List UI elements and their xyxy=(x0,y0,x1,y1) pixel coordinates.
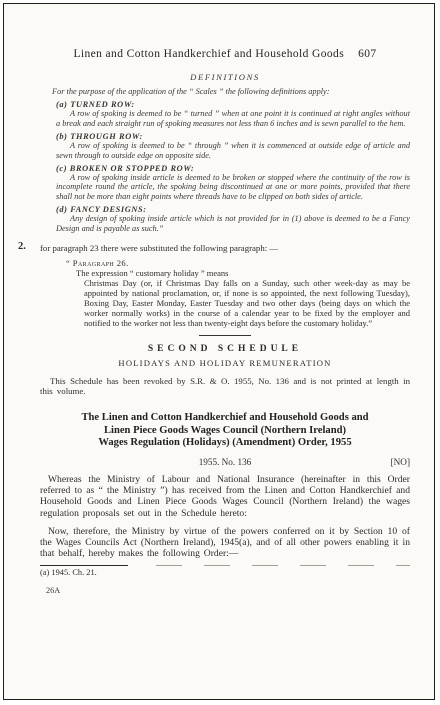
printer-signature-mark: 26A xyxy=(46,586,410,595)
order-margin-note: [NO] xyxy=(391,457,410,467)
definition-item-through-row: (b) THROUGH ROW: A row of spoking is dee… xyxy=(56,132,410,161)
definitions-section: DEFINITIONS For the purpose of the appli… xyxy=(40,72,410,234)
order-title-line3: Wages Regulation (Holidays) (Amendment) … xyxy=(40,437,410,450)
definition-body: A row of spoking is deemed to be “ throu… xyxy=(56,141,410,161)
amendment-clause: 2. for paragraph 23 there were substitut… xyxy=(40,243,410,328)
definition-item-turned-row: (a) TURNED ROW: A row of spoking is deem… xyxy=(56,100,410,129)
order-title: The Linen and Cotton Handkerchief and Ho… xyxy=(40,412,410,450)
definition-body: A row of spoking inside article is deeme… xyxy=(56,173,410,203)
definition-label: (b) THROUGH ROW: xyxy=(56,132,410,141)
schedule-heading: SECOND SCHEDULE xyxy=(40,344,410,354)
whereas-paragraph: Whereas the Ministry of Labour and Natio… xyxy=(40,474,410,519)
definition-label: (d) FANCY DESIGNS: xyxy=(56,205,410,214)
definition-label: (a) TURNED ROW: xyxy=(56,100,410,109)
schedule-revocation-note: This Schedule has been revoked by S.R. &… xyxy=(40,376,410,397)
scan-artifact-dashes xyxy=(156,565,410,566)
running-header: Linen and Cotton Handkerchief and Househ… xyxy=(40,48,410,60)
definition-label: (c) BROKEN OR STOPPED ROW: xyxy=(56,164,410,173)
page-content: Linen and Cotton Handkerchief and Househ… xyxy=(4,4,434,595)
clause-number: 2. xyxy=(18,241,26,252)
section-divider-rule xyxy=(199,335,251,336)
definition-item-broken-row: (c) BROKEN OR STOPPED ROW: A row of spok… xyxy=(56,164,410,203)
paragraph-26: “ Paragraph 26. The expression “ customa… xyxy=(66,258,410,328)
paragraph-26-intro: The expression “ customary holiday ” mea… xyxy=(76,268,410,278)
document-page: Linen and Cotton Handkerchief and Househ… xyxy=(3,3,435,700)
footnote-rule xyxy=(40,565,128,566)
order-section: The Linen and Cotton Handkerchief and Ho… xyxy=(40,412,410,559)
definition-body: A row of spoking is deemed to be “ turne… xyxy=(56,109,410,129)
now-therefore-paragraph: Now, therefore, the Ministry by virtue o… xyxy=(40,526,410,560)
definitions-heading: DEFINITIONS xyxy=(40,72,410,82)
footnote-separator-row xyxy=(40,565,410,566)
order-number: 1955. No. 136 xyxy=(199,457,252,467)
second-schedule-section: SECOND SCHEDULE HOLIDAYS AND HOLIDAY REM… xyxy=(40,335,410,397)
paragraph-26-label: “ Paragraph 26. xyxy=(66,258,410,268)
page-number: 607 xyxy=(358,48,376,60)
order-reference-line: 1955. No. 136 [NO] xyxy=(40,457,410,467)
definition-body: Any design of spoking inside article whi… xyxy=(56,214,410,234)
footnote-text: (a) 1945. Ch. 21. xyxy=(40,568,410,577)
order-title-line1: The Linen and Cotton Handkerchief and Ho… xyxy=(40,412,410,425)
order-title-line2: Linen Piece Goods Wages Council (Norther… xyxy=(40,425,410,438)
amendment-lead: for paragraph 23 there were substituted … xyxy=(40,243,410,254)
running-header-title: Linen and Cotton Handkerchief and Househ… xyxy=(73,48,344,60)
definition-item-fancy-designs: (d) FANCY DESIGNS: Any design of spoking… xyxy=(56,205,410,234)
definitions-intro: For the purpose of the application of th… xyxy=(52,87,410,97)
paragraph-26-body: Christmas Day (or, if Christmas Day fall… xyxy=(84,278,410,328)
schedule-subheading: HOLIDAYS AND HOLIDAY REMUNERATION xyxy=(40,358,410,368)
